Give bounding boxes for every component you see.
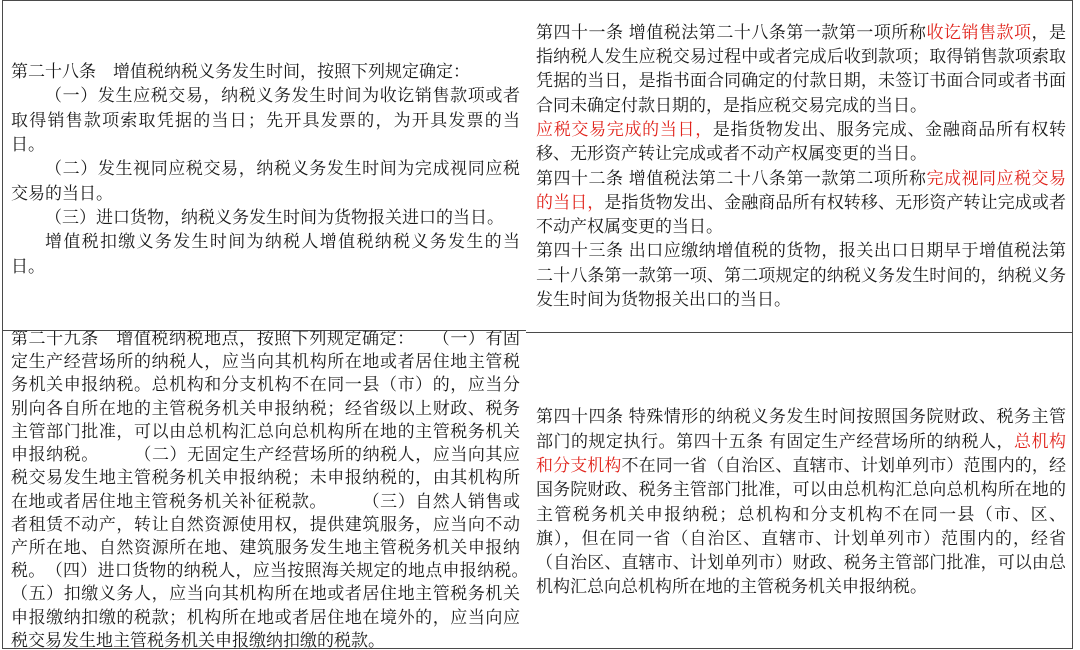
text-segment: 第四十四条 特殊情形的纳税义务发生时间按照国务院财政、税务主管部门的规定执行。第… [536, 407, 1066, 450]
text-segment: 不在同一省（自治区、直辖市、计划单列市）范围内的，经国务院财政、税务主管部门批准… [536, 456, 1066, 596]
paragraph: 增值税扣缴义务发生时间为纳税人增值税纳税义务发生的当日。 [11, 230, 520, 279]
paragraph: （三）进口货物，纳税义务发生时间为货物报关进口的当日。 [11, 206, 520, 230]
text-segment: 第四十二条 增值税法第二十八条第一款第二项所称 [536, 169, 926, 188]
paragraph: 第四十三条 出口应缴纳增值税的货物，报关出口日期早于增值税法第二十八条第一款第一… [536, 239, 1066, 312]
text-segment: 增值税扣缴义务发生时间为纳税人增值税纳税义务发生的当日。 [11, 232, 520, 275]
left-column: 第二十八条 增值税纳税义务发生时间，按照下列规定确定：（一）发生应税交易，纳税义… [2, 0, 527, 649]
paragraph: 应税交易完成的当日，是指货物发出、服务完成、金融商品所有权转移、无形资产转让完成… [536, 118, 1066, 167]
text-segment: 第二十九条 增值税纳税地点，按照下列规定确定： （一）有固定生产经营场所的纳税人… [11, 331, 526, 648]
text-segment: 第四十一条 增值税法第二十八条第一款第一项所称 [536, 23, 926, 42]
text-segment: （二）发生视同应税交易，纳税义务发生时间为完成视同应税交易的当日。 [11, 159, 520, 202]
text-segment: 第二十八条 增值税纳税义务发生时间，按照下列规定确定： [11, 62, 470, 81]
paragraph: 第四十二条 增值税法第二十八条第一款第二项所称完成视同应税交易的当日，是指货物发… [536, 167, 1066, 240]
paragraph: 第四十一条 增值税法第二十八条第一款第一项所称收讫销售款项，是指纳税人发生应税交… [536, 21, 1066, 118]
highlighted-text: 应税交易完成的当日， [536, 120, 713, 139]
text-segment: （一）发生应税交易，纳税义务发生时间为收讫销售款项或者取得销售款项索取凭据的当日… [11, 86, 520, 154]
text-segment: 第四十三条 出口应缴纳增值税的货物，报关出口日期早于增值税法第二十八条第一款第一… [536, 241, 1066, 309]
highlighted-text: 收讫销售款项 [926, 23, 1031, 42]
cell-articles-41-43: 第四十一条 增值税法第二十八条第一款第一项所称收讫销售款项，是指纳税人发生应税交… [526, 1, 1072, 333]
paragraph: 第四十四条 特殊情形的纳税义务发生时间按照国务院财政、税务主管部门的规定执行。第… [536, 405, 1066, 599]
cell-article-28: 第二十八条 增值税纳税义务发生时间，按照下列规定确定：（一）发生应税交易，纳税义… [3, 1, 526, 331]
cell-article-29: 第二十九条 增值税纳税地点，按照下列规定确定： （一）有固定生产经营场所的纳税人… [3, 331, 526, 648]
legal-text-comparison-page: 第二十八条 增值税纳税义务发生时间，按照下列规定确定：（一）发生应税交易，纳税义… [0, 0, 1080, 650]
text-segment: （三）进口货物，纳税义务发生时间为货物报关进口的当日。 [45, 208, 504, 227]
text-segment: 是指货物发出、金融商品所有权转移、无形资产转让完成或者不动产权属变更的当日。 [536, 193, 1066, 236]
right-column: 第四十一条 增值税法第二十八条第一款第一项所称收讫销售款项，是指纳税人发生应税交… [526, 0, 1073, 649]
paragraph: （二）发生视同应税交易，纳税义务发生时间为完成视同应税交易的当日。 [11, 157, 520, 206]
cell-articles-44-45: 第四十四条 特殊情形的纳税义务发生时间按照国务院财政、税务主管部门的规定执行。第… [526, 333, 1072, 648]
paragraph: 第二十九条 增值税纳税地点，按照下列规定确定： （一）有固定生产经营场所的纳税人… [11, 331, 520, 648]
paragraph: （一）发生应税交易，纳税义务发生时间为收讫销售款项或者取得销售款项索取凭据的当日… [11, 84, 520, 157]
paragraph: 第二十八条 增值税纳税义务发生时间，按照下列规定确定： [11, 60, 520, 84]
